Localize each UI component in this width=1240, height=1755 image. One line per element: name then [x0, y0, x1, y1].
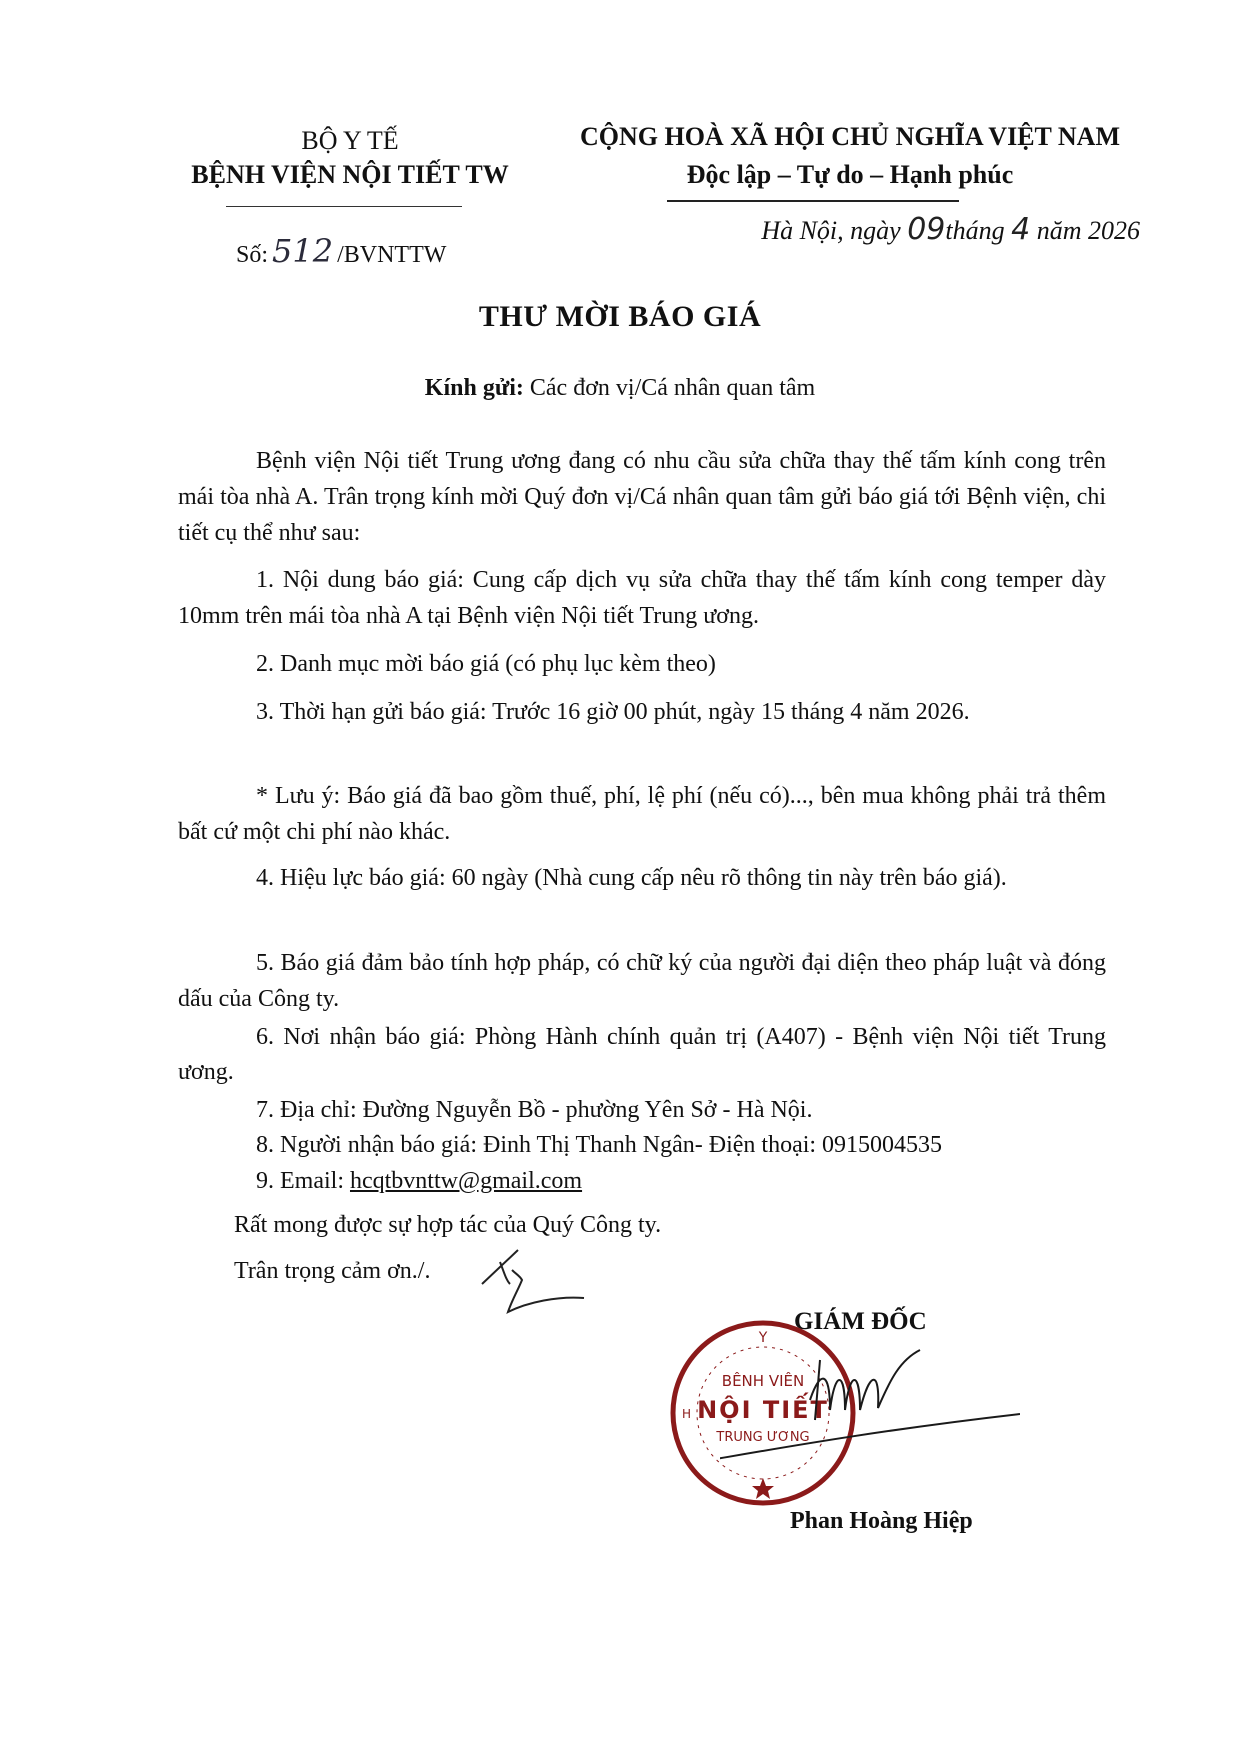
item-2: 2. Danh mục mời báo giá (có phụ lục kèm …: [178, 646, 1106, 682]
organization-name: BỆNH VIỆN NỘI TIẾT TW: [150, 160, 550, 190]
date-line: Hà Nội, ngày 09tháng 4 năm 2026: [0, 212, 1140, 247]
document-title: THƯ MỜI BÁO GIÁ: [0, 300, 1240, 334]
initials-signature-icon: [478, 1240, 588, 1320]
item-1: 1. Nội dung báo giá: Cung cấp dịch vụ sử…: [178, 562, 1106, 634]
recipient-line: Kính gửi: Các đơn vị/Cá nhân quan tâm: [0, 375, 1240, 402]
header-left-divider: [226, 206, 462, 207]
item-5: 5. Báo giá đảm bảo tính hợp pháp, có chữ…: [178, 945, 1106, 1017]
date-year: năm 2026: [1037, 216, 1140, 245]
header-right-divider: [667, 200, 959, 202]
date-month-label: tháng: [945, 216, 1004, 245]
intro-paragraph: Bệnh viện Nội tiết Trung ương đang có nh…: [178, 443, 1106, 551]
date-day: 09: [907, 212, 945, 247]
signer-name: Phan Hoàng Hiệp: [790, 1508, 973, 1535]
date-month: 4: [1011, 212, 1030, 247]
director-signature-icon: [720, 1330, 1020, 1480]
closing-line-1: Rất mong được sự hợp tác của Quý Công ty…: [234, 1212, 661, 1239]
date-place-prefix: Hà Nội, ngày: [761, 216, 900, 245]
recipient-value: Các đơn vị/Cá nhân quan tâm: [530, 375, 815, 401]
item-4: 4. Hiệu lực báo giá: 60 ngày (Nhà cung c…: [178, 860, 1106, 896]
item-8: 8. Người nhận báo giá: Đinh Thị Thanh Ng…: [178, 1128, 1106, 1163]
ministry-name: BỘ Y TẾ: [150, 126, 550, 156]
closing-line-2: Trân trọng cảm ơn./.: [234, 1258, 430, 1285]
recipient-label: Kính gửi:: [425, 375, 524, 401]
note-item: * Lưu ý: Báo giá đã bao gồm thuế, phí, l…: [178, 778, 1106, 850]
item-6: 6. Nơi nhận báo giá: Phòng Hành chính qu…: [178, 1020, 1106, 1090]
item-9-email: 9. Email: hcqtbvnttw@gmail.com: [178, 1164, 1106, 1199]
national-title: CỘNG HOÀ XÃ HỘI CHỦ NGHĨA VIỆT NAM: [550, 122, 1150, 152]
national-motto: Độc lập – Tự do – Hạnh phúc: [550, 160, 1150, 190]
email-link[interactable]: hcqtbvnttw@gmail.com: [350, 1168, 582, 1194]
item-3: 3. Thời hạn gửi báo giá: Trước 16 giờ 00…: [178, 694, 1106, 730]
item-7: 7. Địa chỉ: Đường Nguyễn Bồ - phường Yên…: [178, 1093, 1106, 1128]
email-label: 9. Email:: [256, 1168, 344, 1194]
